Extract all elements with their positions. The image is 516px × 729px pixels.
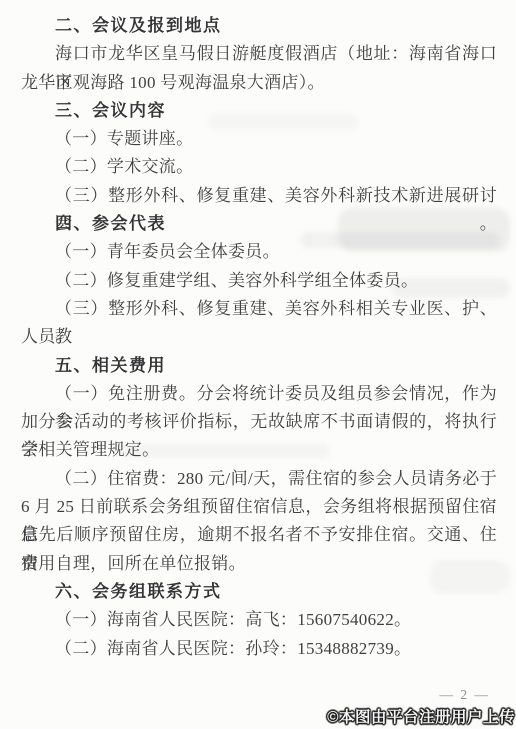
contact-line: （一）海南省人民医院：高飞：15607540622。 [21, 606, 497, 634]
paragraph-line: （一）免注册费。分会将统计委员及组员参会情况，作为参 [21, 380, 497, 408]
list-item-line: （二）修复重建学组、美容外科学组全体委员。 [21, 267, 497, 295]
watermark-text: ©本图由平台注册用户上传 [327, 705, 515, 727]
paragraph-line: 海口市龙华区皇马假日游艇度假酒店（地址：海南省海口市 [21, 40, 497, 68]
scanned-document-page: 二、会议及报到地点 海口市龙华区皇马假日游艇度假酒店（地址：海南省海口市 龙华区… [0, 0, 516, 729]
paragraph-line: 6 月 25 日前联系会务组预留住宿信息，会务组将根据预留住宿信 [21, 493, 497, 521]
section-heading-meeting-content: 三、会议内容 [21, 97, 497, 125]
paragraph-line: 人员。 [21, 323, 497, 351]
section-heading-meeting-location: 二、会议及报到地点 [21, 12, 497, 40]
section-heading-contact: 六、会务组联系方式 [21, 578, 497, 606]
contact-line: （二）海南省人民医院：孙玲：15348882739。 [21, 635, 497, 663]
section-heading-fees: 五、相关费用 [21, 352, 497, 380]
document-body: 二、会议及报到地点 海口市龙华区皇马假日游艇度假酒店（地址：海南省海口市 龙华区… [21, 12, 497, 663]
paragraph-line: （二）住宿费：280 元/间/天，需住宿的参会人员请务必于 [21, 465, 497, 493]
list-item-line: （一）青年委员会全体委员。 [21, 238, 497, 266]
page-number: — 2 — [440, 687, 491, 703]
list-item-line: （二）学术交流。 [21, 153, 497, 181]
paragraph-line: 息先后顺序预留住房，逾期不报名者不予安排住宿。交通、住宿 [21, 521, 497, 549]
paragraph-line: 会相关管理规定。 [21, 436, 497, 464]
paragraph-line: 龙华区观海路 100 号观海温泉大酒店）。 [21, 69, 497, 97]
paragraph-line: 加分会活动的考核评价指标，无故缺席不书面请假的，将执行学 [21, 408, 497, 436]
paragraph-line: 费用自理，回所在单位报销。 [21, 550, 497, 578]
list-item-line: （三）整形外科、修复重建、美容外科相关专业医、护、教 [21, 295, 497, 323]
list-item-line: （三）整形外科、修复重建、美容外科新技术新进展研讨会。 [21, 182, 497, 210]
list-item-line: （一）专题讲座。 [21, 125, 497, 153]
